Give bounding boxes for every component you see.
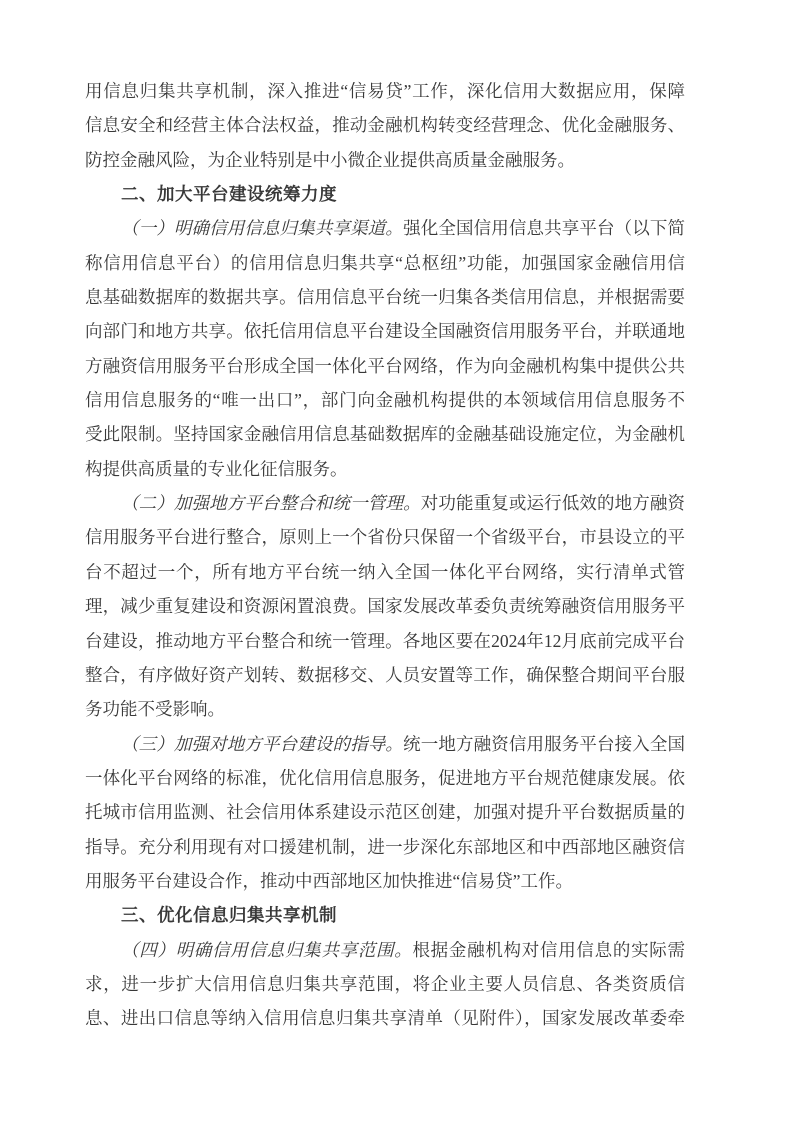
item-3-line1-rest: 统一地方融资信用服务平台接入全国 — [403, 734, 685, 754]
text-line: （三）加强对地方平台建设的指导。统一地方融资信用服务平台接入全国 — [85, 727, 685, 761]
item-3-lead: （三）加强对地方平台建设的指导。 — [121, 734, 403, 754]
paragraph-item-1: （一）明确信用信息归集共享渠道。强化全国信用信息共享平台（以下简 称信用信息平台… — [85, 211, 685, 486]
text-line: 托城市信用监测、社会信用体系建设示范区创建，加强对提升平台数据质量的 — [85, 795, 685, 829]
text-line: 指导。充分利用现有对口援建机制，进一步深化东部地区和中西部地区融资信 — [85, 830, 685, 864]
section-heading-2: 二、加大平台建设统筹力度 — [85, 177, 685, 211]
text-column: 用信息归集共享机制，深入推进“信易贷”工作，深化信用大数据应用，保障 信息安全和… — [85, 74, 685, 1036]
item-4-lead: （四）明确信用信息归集共享范围。 — [121, 940, 412, 960]
text-line: 信息安全和经营主体合法权益，推动金融机构转变经营理念、优化金融服务、 — [85, 108, 685, 142]
paragraph-intro: 用信息归集共享机制，深入推进“信易贷”工作，深化信用大数据应用，保障 信息安全和… — [85, 74, 685, 177]
paragraph-item-3: （三）加强对地方平台建设的指导。统一地方融资信用服务平台接入全国 一体化平台网络… — [85, 727, 685, 899]
text-line: 向部门和地方共享。依托信用信息平台建设全国融资信用服务平台，并联通地 — [85, 314, 685, 348]
text-line: 称信用信息平台）的信用信息归集共享“总枢纽”功能，加强国家金融信用信 — [85, 246, 685, 280]
text-line: 防控金融风险，为企业特别是中小微企业提供高质量金融服务。 — [85, 143, 685, 177]
text-line: 整合，有序做好资产划转、数据移交、人员安置等工作，确保整合期间平台服 — [85, 658, 685, 692]
text-line: （四）明确信用信息归集共享范围。根据金融机构对信用信息的实际需 — [85, 933, 685, 967]
text-line: 台不超过一个，所有地方平台统一纳入全国一体化平台网络，实行清单式管 — [85, 555, 685, 589]
text-line: 理，减少重复建设和资源闲置浪费。国家发展改革委负责统筹融资信用服务平 — [85, 589, 685, 623]
text-line: 信用信息服务的“唯一出口”，部门向金融机构提供的本领域信用信息服务不 — [85, 383, 685, 417]
paragraph-item-4: （四）明确信用信息归集共享范围。根据金融机构对信用信息的实际需 求，进一步扩大信… — [85, 933, 685, 1036]
item-1-line1-rest: 强化全国信用信息共享平台（以下简 — [403, 218, 685, 238]
item-4-line1-rest: 根据金融机构对信用信息的实际需 — [412, 940, 685, 960]
item-2-lead: （二）加强地方平台整合和统一管理。 — [121, 493, 421, 513]
text-line: 求，进一步扩大信用信息归集共享范围，将企业主要人员信息、各类资质信 — [85, 967, 685, 1001]
text-line: 一体化平台网络的标准，优化信用信息服务，促进地方平台规范健康发展。依 — [85, 761, 685, 795]
text-line: 构提供高质量的专业化征信服务。 — [85, 452, 685, 486]
text-line: （一）明确信用信息归集共享渠道。强化全国信用信息共享平台（以下简 — [85, 211, 685, 245]
item-1-lead: （一）明确信用信息归集共享渠道。 — [121, 218, 403, 238]
text-line: 受此限制。坚持国家金融信用信息基础数据库的金融基础设施定位，为金融机 — [85, 417, 685, 451]
text-line: 息、进出口信息等纳入信用信息归集共享清单（见附件），国家发展改革委牵 — [85, 1001, 685, 1035]
document-page: 用信息归集共享机制，深入推进“信易贷”工作，深化信用大数据应用，保障 信息安全和… — [0, 0, 793, 1123]
section-heading-3: 三、优化信息归集共享机制 — [85, 898, 685, 932]
text-line: 用服务平台建设合作，推动中西部地区加快推进“信易贷”工作。 — [85, 864, 685, 898]
item-2-line1-rest: 对功能重复或运行低效的地方融资 — [421, 493, 685, 513]
paragraph-item-2: （二）加强地方平台整合和统一管理。对功能重复或运行低效的地方融资 信用服务平台进… — [85, 486, 685, 726]
text-line: 务功能不受影响。 — [85, 692, 685, 726]
text-line: 信用服务平台进行整合，原则上一个省份只保留一个省级平台，市县设立的平 — [85, 520, 685, 554]
text-line: 台建设，推动地方平台整合和统一管理。各地区要在2024年12月底前完成平台 — [85, 624, 685, 658]
text-line: （二）加强地方平台整合和统一管理。对功能重复或运行低效的地方融资 — [85, 486, 685, 520]
text-line: 用信息归集共享机制，深入推进“信易贷”工作，深化信用大数据应用，保障 — [85, 74, 685, 108]
text-line: 息基础数据库的数据共享。信用信息平台统一归集各类信用信息，并根据需要 — [85, 280, 685, 314]
text-line: 方融资信用服务平台形成全国一体化平台网络，作为向金融机构集中提供公共 — [85, 349, 685, 383]
